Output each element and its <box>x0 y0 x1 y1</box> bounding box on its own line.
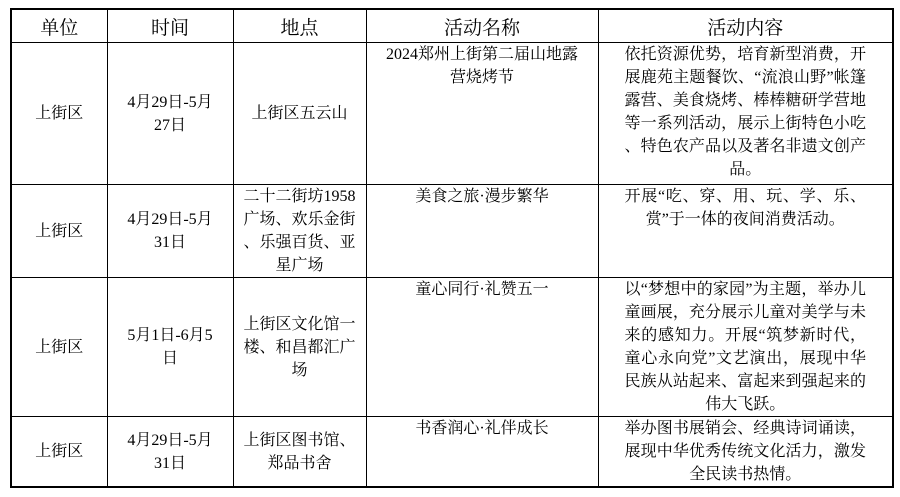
header-activity-name: 活动名称 <box>366 9 598 43</box>
cell-unit: 上街区 <box>11 43 107 185</box>
cell-time: 4月29日-5月31日 <box>107 185 233 278</box>
table-row: 上街区 4月29日-5月27日 上街区五云山 2024郑州上街第二届山地露营烧烤… <box>11 43 893 185</box>
table-row: 上街区 4月29日-5月31日 二十二街坊1958广场、欢乐金街、乐强百货、亚星… <box>11 185 893 278</box>
header-unit: 单位 <box>11 9 107 43</box>
cell-place: 上街区图书馆、郑品书舍 <box>233 417 366 488</box>
table-row: 上街区 4月29日-5月31日 上街区图书馆、郑品书舍 书香润心·礼伴成长 举办… <box>11 417 893 488</box>
header-place: 地点 <box>233 9 366 43</box>
cell-unit: 上街区 <box>11 278 107 417</box>
cell-activity-name: 童心同行·礼赞五一 <box>366 278 598 417</box>
table-row: 上街区 5月1日-6月5日 上街区文化馆一楼、和昌都汇广场 童心同行·礼赞五一 … <box>11 278 893 417</box>
cell-activity-name: 2024郑州上街第二届山地露营烧烤节 <box>366 43 598 185</box>
cell-place: 上街区五云山 <box>233 43 366 185</box>
cell-activity-content: 依托资源优势，培育新型消费，开展鹿苑主题餐饮、“流浪山野”帐篷露营、美食烧烤、棒… <box>598 43 893 185</box>
cell-activity-name: 书香润心·礼伴成长 <box>366 417 598 488</box>
cell-unit: 上街区 <box>11 417 107 488</box>
cell-place: 二十二街坊1958广场、欢乐金街、乐强百货、亚星广场 <box>233 185 366 278</box>
cell-time: 5月1日-6月5日 <box>107 278 233 417</box>
activities-table: 单位 时间 地点 活动名称 活动内容 上街区 4月29日-5月27日 上街区五云… <box>10 8 894 488</box>
cell-activity-name: 美食之旅·漫步繁华 <box>366 185 598 278</box>
cell-unit: 上街区 <box>11 185 107 278</box>
cell-activity-content: 开展“吃、穿、用、玩、学、乐、赏”于一体的夜间消费活动。 <box>598 185 893 278</box>
cell-activity-content: 以“梦想中的家园”为主题，举办儿童画展，充分展示儿童对美学与未来的感知力。开展“… <box>598 278 893 417</box>
cell-time: 4月29日-5月27日 <box>107 43 233 185</box>
header-time: 时间 <box>107 9 233 43</box>
cell-place: 上街区文化馆一楼、和昌都汇广场 <box>233 278 366 417</box>
cell-time: 4月29日-5月31日 <box>107 417 233 488</box>
cell-activity-content: 举办图书展销会、经典诗词诵读，展现中华优秀传统文化活力，激发全民读书热情。 <box>598 417 893 488</box>
header-activity-content: 活动内容 <box>598 9 893 43</box>
table-header-row: 单位 时间 地点 活动名称 活动内容 <box>11 9 893 43</box>
